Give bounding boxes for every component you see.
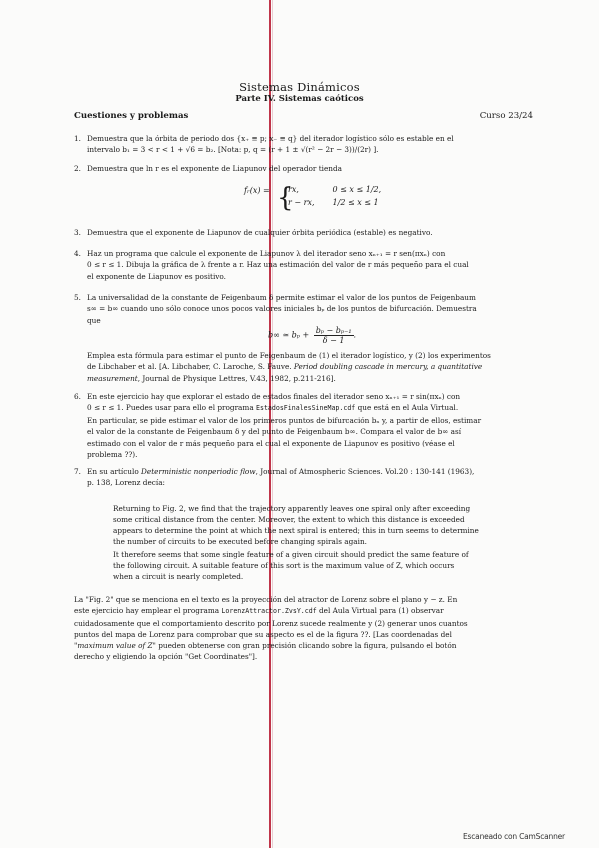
closing-line: La "Fig. 2" que se menciona en el texto … <box>74 594 534 605</box>
feigenbaum-formula: b∞ ≃ bₚ + bₚ − bₚ₋₁ δ − 1 . <box>268 326 356 345</box>
closing-line: este ejercicio hay emplear el programa L… <box>74 605 534 617</box>
text: pueden obtenerse con gran precisión clic… <box>156 641 457 650</box>
tent-map-lhs: fᵣ(x) = <box>244 186 270 195</box>
problem-line: Demuestra que ln r es el exponente de Li… <box>87 163 534 174</box>
quote-line: when a circuit is nearly completed. <box>113 571 523 582</box>
problem-6: 6. En este ejercicio hay que explorar el… <box>74 391 534 460</box>
quote-line: the following circuit. A suitable featur… <box>113 560 523 571</box>
quote-line: appears to determine the point at which … <box>113 525 523 536</box>
closing-line: cuidadosamente que el comportamiento des… <box>74 618 534 629</box>
problem-number: 7. <box>74 466 81 477</box>
problem-line: La universalidad de la constante de Feig… <box>87 292 534 303</box>
problem-line: 0 ≤ r ≤ 1. Dibuja la gráfica de λ frente… <box>87 259 534 270</box>
problem-number: 4. <box>74 248 81 259</box>
citation-journal: , Journal de Physique Lettres, V.43, 198… <box>138 374 336 383</box>
problem-number: 5. <box>74 292 81 303</box>
problem-line: Haz un programa que calcule el exponente… <box>87 248 534 259</box>
closing-line: "maximum value of Z" pueden obtenerse co… <box>74 640 534 651</box>
text: que está en el Aula Virtual. <box>355 403 458 412</box>
quote-line: some critical distance from the center. … <box>113 514 523 525</box>
problem-line: p. 138, Lorenz decía: <box>87 477 534 488</box>
course-label: Curso 23/24 <box>480 111 533 121</box>
problem-line: 0 ≤ r ≤ 1. Puedes usar para ello el prog… <box>87 402 534 414</box>
problem-line: estimado con el valor de r más pequeño p… <box>87 438 534 449</box>
problem-7-closing: La "Fig. 2" que se menciona en el texto … <box>74 594 534 663</box>
citation-authors: de Libchaber et al. [A. Libchaber, C. La… <box>87 362 294 371</box>
problem-line: En particular, se pide estimar el valor … <box>87 415 534 426</box>
problem-line: Demuestra que la órbita de periodo dos {… <box>87 133 534 144</box>
program-filename: LorenzAttractor.ZvsY.cdf <box>221 607 316 615</box>
problem-number: 1. <box>74 133 81 144</box>
formula-fraction: bₚ − bₚ₋₁ δ − 1 <box>314 326 354 345</box>
formula-lhs: b∞ ≃ bₚ + <box>268 331 309 340</box>
problem-5-continuation: Emplea esta fórmula para estimar el punt… <box>74 350 534 384</box>
problem-line: measurement, Journal de Physique Lettres… <box>87 373 534 384</box>
quoted-phrase: "maximum value of Z" <box>74 641 156 650</box>
scanned-page: Sistemas Dinámicos Parte IV. Sistemas ca… <box>0 0 599 848</box>
program-filename: EstadosFinalesSineMap.cdf <box>256 404 355 412</box>
problem-line: de Libchaber et al. [A. Libchaber, C. La… <box>87 361 534 372</box>
quote-line: Returning to Fig. 2, we find that the tr… <box>113 503 523 514</box>
problem-number: 2. <box>74 163 81 174</box>
problem-line: problema ??). <box>87 449 534 460</box>
problem-line: En su artículo Deterministic nonperiodic… <box>87 466 534 477</box>
problem-7: 7. En su artículo Deterministic nonperio… <box>74 466 534 489</box>
problem-2: 2. Demuestra que ln r es el exponente de… <box>74 163 534 174</box>
text: 0 ≤ r ≤ 1. Puedes usar para ello el prog… <box>87 403 256 412</box>
case-2-cond: 1/2 ≤ x ≤ 1 <box>333 198 379 207</box>
problem-line: intervalo b₁ = 3 < r < 1 + √6 = b₂. [Not… <box>87 144 534 155</box>
case-1-expr: rx, <box>288 185 330 194</box>
scanner-watermark: Escaneado con CamScanner <box>463 832 565 841</box>
closing-line: derecho y eligiendo la opción "Get Coord… <box>74 651 534 662</box>
closing-line: puntos del mapa de Lorenz para comprobar… <box>74 629 534 640</box>
problem-4: 4. Haz un programa que calcule el expone… <box>74 248 534 282</box>
section-heading: Cuestiones y problemas <box>74 111 188 121</box>
problem-number: 6. <box>74 391 81 402</box>
lorenz-quote: Returning to Fig. 2, we find that the tr… <box>113 503 523 582</box>
problem-line: el exponente de Liapunov es positivo. <box>87 271 534 282</box>
problem-line: Emplea esta fórmula para estimar el punt… <box>87 350 534 361</box>
case-1-cond: 0 ≤ x ≤ 1/2, <box>333 185 382 194</box>
case-1: rx, 0 ≤ x ≤ 1/2, <box>288 185 381 194</box>
problem-line: En este ejercicio hay que explorar el es… <box>87 391 534 402</box>
article-title: Deterministic nonperiodic flow <box>141 467 256 476</box>
problem-line: que <box>87 315 534 326</box>
text: En su artículo <box>87 467 141 476</box>
problem-number: 3. <box>74 227 81 238</box>
quote-line: It therefore seems that some single feat… <box>113 549 523 560</box>
case-2-expr: r − rx, <box>288 198 330 207</box>
citation-title-end: measurement <box>87 374 138 383</box>
formula-period: . <box>354 331 357 340</box>
text: este ejercicio hay emplear el programa <box>74 606 221 615</box>
citation-title: Period doubling cascade in mercury, a qu… <box>294 362 482 371</box>
text: del Aula Virtual para (1) observar <box>317 606 444 615</box>
problem-line: Demuestra que el exponente de Liapunov d… <box>87 227 534 238</box>
problem-line: s∞ = b∞ cuando uno sólo conoce unos poco… <box>87 303 534 314</box>
quote-line: the number of circuits to be executed be… <box>113 536 523 547</box>
document-title: Sistemas Dinámicos <box>0 80 599 94</box>
problem-5: 5. La universalidad de la constante de F… <box>74 292 534 326</box>
document-subtitle: Parte IV. Sistemas caóticos <box>0 94 599 104</box>
fraction-denominator: δ − 1 <box>314 336 354 345</box>
problem-1: 1. Demuestra que la órbita de periodo do… <box>74 133 534 156</box>
problem-3: 3. Demuestra que el exponente de Liapuno… <box>74 227 534 238</box>
text: , Journal of Atmospheric Sciences. Vol.2… <box>256 467 475 476</box>
problem-line: el valor de la constante de Feigenbaum δ… <box>87 426 534 437</box>
case-2: r − rx, 1/2 ≤ x ≤ 1 <box>288 198 379 207</box>
fraction-numerator: bₚ − bₚ₋₁ <box>314 326 354 336</box>
